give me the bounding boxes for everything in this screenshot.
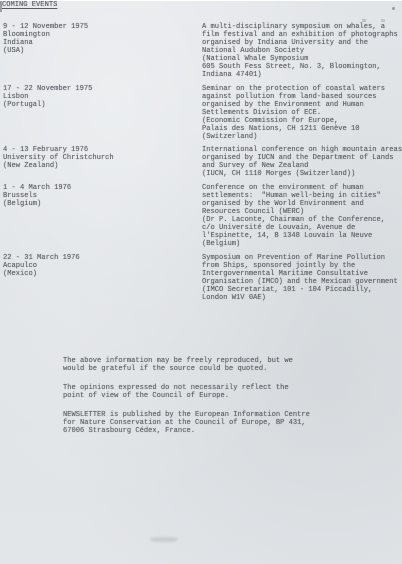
event-date: 17 - 22 November 1975: [3, 85, 202, 93]
event-entry-whale-symposium: 9 - 12 November 1975 Bloomington Indiana…: [0, 23, 402, 79]
event-entry-high-mountain-conference: 4 - 13 February 1976 University of Chris…: [0, 146, 402, 178]
event-description: International conference on high mountai…: [202, 146, 402, 178]
event-description: Symposium on Prevention of Marine Pollut…: [202, 254, 402, 302]
event-date: 22 - 31 March 1976: [3, 254, 202, 262]
scan-speckle: [362, 19, 366, 22]
footer-notes: The above information may be freely repr…: [63, 357, 402, 435]
event-location: Bloomington Indiana (USA): [3, 31, 202, 55]
event-date: 1 - 4 March 1976: [3, 184, 202, 192]
event-entry-marine-pollution-symposium: 22 - 31 March 1976 Acapulco (Mexico) Sym…: [0, 254, 402, 302]
event-when-where: 17 - 22 November 1975 Lisbon (Portugal): [0, 85, 202, 109]
scan-smudge: [150, 537, 178, 542]
note-opinions: The opinions expressed do not necessaril…: [63, 384, 402, 400]
note-publisher: NEWSLETTER is published by the European …: [63, 411, 402, 435]
event-date: 9 - 12 November 1975: [3, 23, 202, 31]
event-when-where: 22 - 31 March 1976 Acapulco (Mexico): [0, 254, 202, 278]
event-when-where: 1 - 4 March 1976 Brussels (Belgium): [0, 184, 202, 208]
event-entry-coastal-waters-seminar: 17 - 22 November 1975 Lisbon (Portugal) …: [0, 85, 402, 141]
event-location: Lisbon (Portugal): [3, 93, 202, 109]
event-when-where: 9 - 12 November 1975 Bloomington Indiana…: [0, 23, 202, 55]
event-entry-human-settlements-conference: 1 - 4 March 1976 Brussels (Belgium) Conf…: [0, 184, 402, 248]
scan-speckle: [381, 19, 385, 22]
note-reproduction: The above information may be freely repr…: [63, 357, 402, 373]
event-date: 4 - 13 February 1976: [3, 146, 202, 154]
event-description: Seminar on the protection of coastal wat…: [202, 85, 402, 141]
event-when-where: 4 - 13 February 1976 University of Chris…: [0, 146, 202, 170]
event-description: A multi-disciplinary symposium on whales…: [202, 23, 402, 79]
event-location: University of Christchurch (New Zealand): [3, 154, 202, 170]
event-description: Conference on the environment of human s…: [202, 184, 402, 248]
event-location: Acapulco (Mexico): [3, 262, 202, 278]
event-location: Brussels (Belgium): [3, 192, 202, 208]
scanned-document-page: COMING EVENTS 9 - 12 November 1975 Bloom…: [0, 1, 402, 564]
page-title: COMING EVENTS: [2, 1, 402, 9]
